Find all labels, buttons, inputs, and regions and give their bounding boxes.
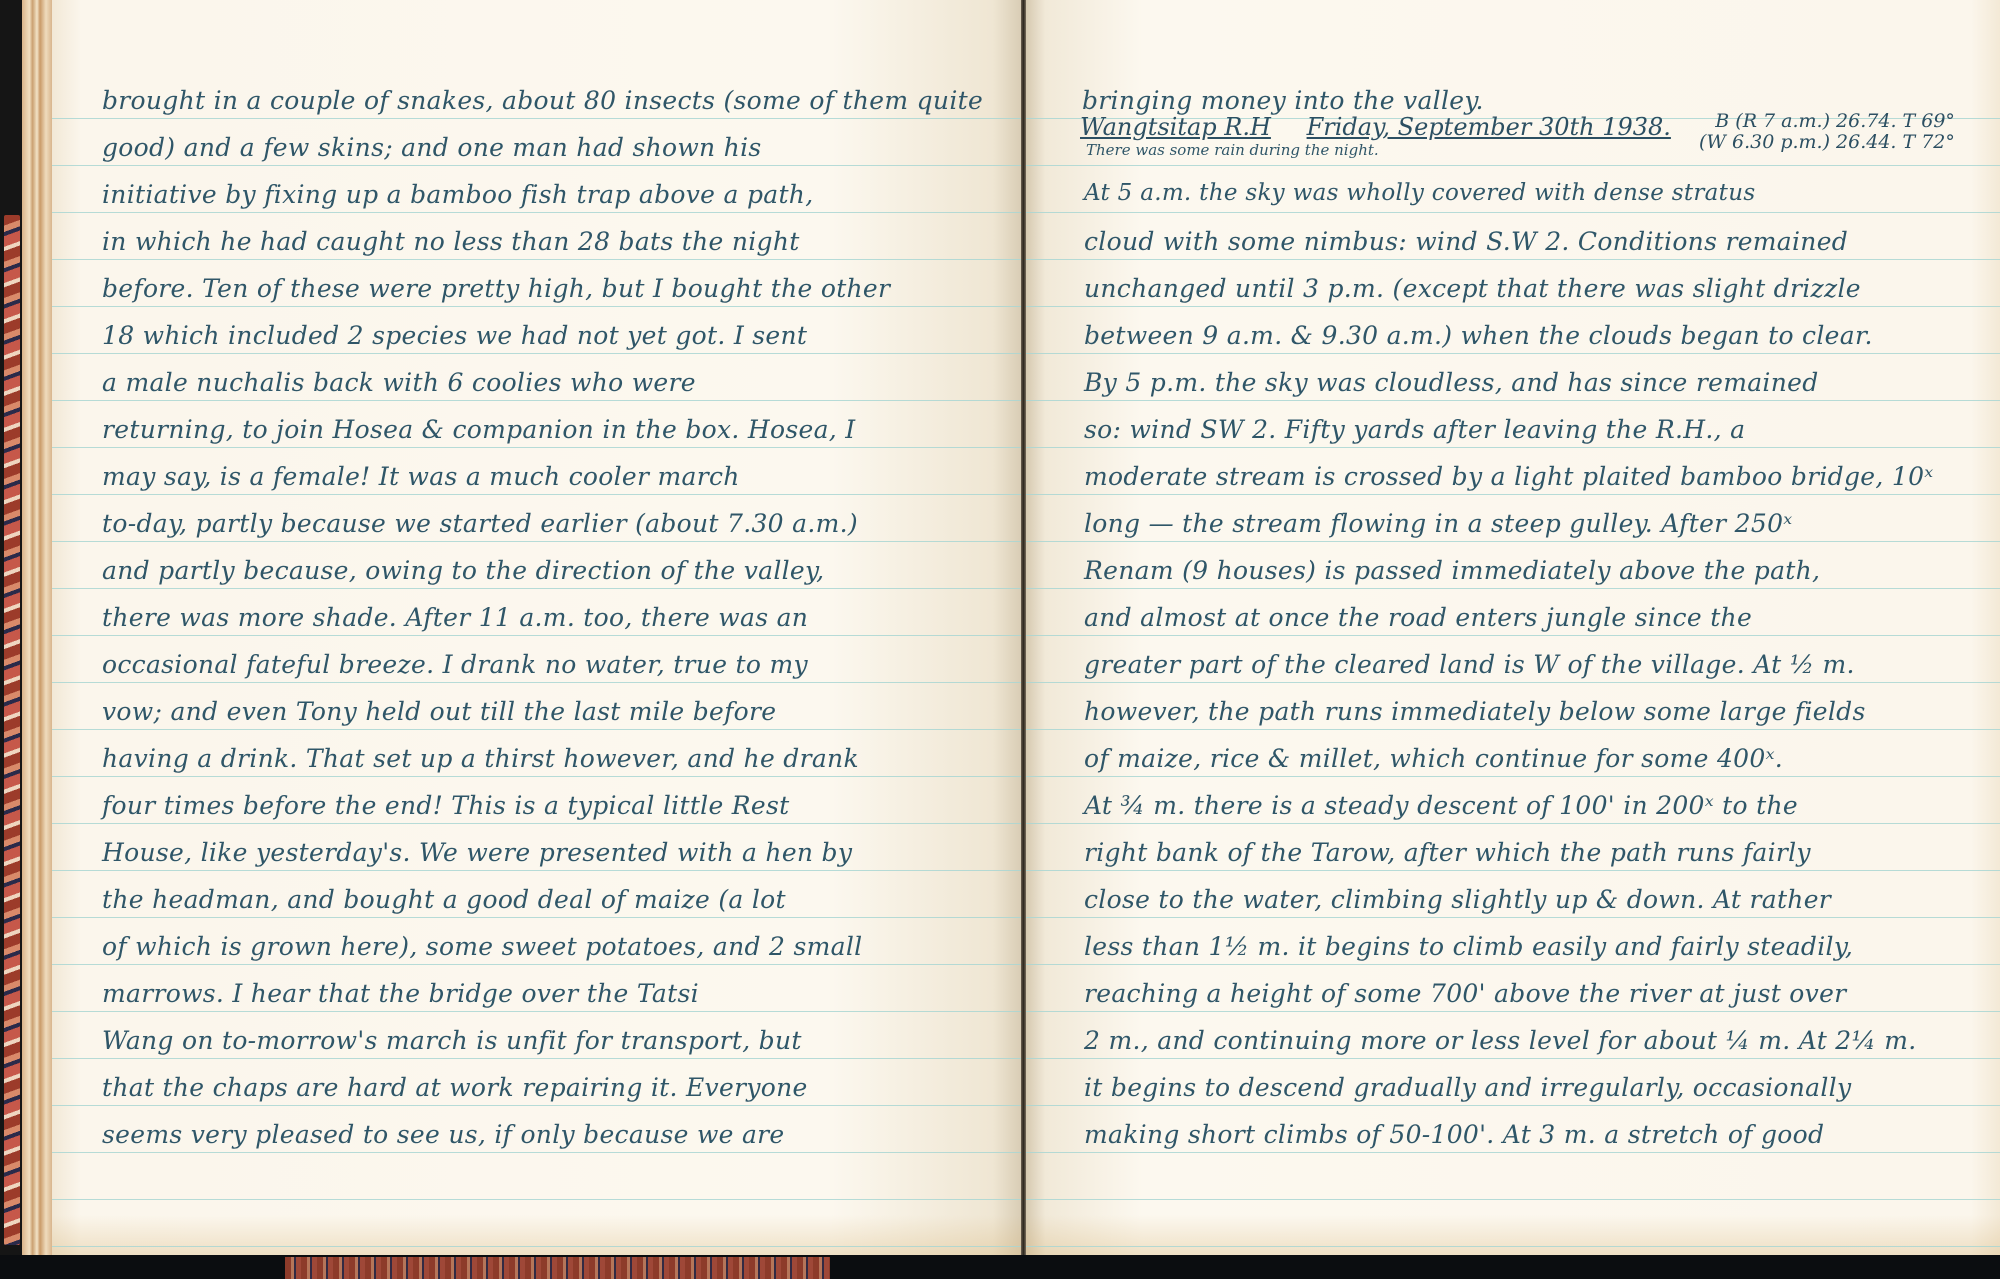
text-line: long — the stream flowing in a steep gul…: [1084, 509, 1792, 538]
text-line: the headman, and bought a good deal of m…: [102, 885, 786, 914]
text-line: By 5 p.m. the sky was cloudless, and has…: [1084, 368, 1819, 397]
ruled-line: [52, 635, 1022, 636]
text-line: Renam (9 houses) is passed immediately a…: [1084, 556, 1820, 585]
ruled-line: [1026, 823, 2000, 824]
ruled-line: [1026, 494, 2000, 495]
entry-date: Friday, September 30th 1938.: [1307, 113, 1671, 141]
text-line: cloud with some nimbus: wind S.W 2. Cond…: [1084, 227, 1848, 256]
ruled-line: [1026, 964, 2000, 965]
ruled-line: [1026, 635, 2000, 636]
text-line: initiative by fixing up a bamboo fish tr…: [102, 180, 813, 209]
ruled-line: [52, 682, 1022, 683]
left-page: brought in a couple of snakes, about 80 …: [52, 0, 1022, 1255]
ruled-line: [52, 1199, 1022, 1200]
ruled-line: [52, 400, 1022, 401]
text-line: that the chaps are hard at work repairin…: [102, 1073, 808, 1102]
text-line: there was more shade. After 11 a.m. too,…: [102, 603, 808, 632]
text-line: it begins to descend gradually and irreg…: [1084, 1073, 1851, 1102]
ruled-line: [52, 823, 1022, 824]
ruled-line: [52, 353, 1022, 354]
ruled-line: [52, 1152, 1022, 1153]
barometer-morning: B (R 7 a.m.) 26.74. T 69°: [1699, 111, 1955, 132]
text-line: of which is grown here), some sweet pota…: [102, 932, 862, 961]
ruled-line: [52, 165, 1022, 166]
ruled-line: [1026, 1152, 2000, 1153]
ruled-line: [52, 964, 1022, 965]
ruled-line: [52, 917, 1022, 918]
text-line: close to the water, climbing slightly up…: [1084, 885, 1831, 914]
ruled-line: [1026, 917, 2000, 918]
entry-subnote: There was some rain during the night.: [1086, 141, 1379, 159]
text-line: less than 1½ m. it begins to climb easil…: [1084, 932, 1853, 961]
ruled-line: [1026, 212, 2000, 213]
ruled-line: [1026, 588, 2000, 589]
text-line: Wang on to-morrow's march is unfit for t…: [102, 1026, 802, 1055]
text-line: four times before the end! This is a typ…: [102, 791, 790, 820]
text-line: so: wind SW 2. Fifty yards after leaving…: [1084, 415, 1745, 444]
text-line: having a drink. That set up a thirst how…: [102, 744, 859, 773]
ruled-line: [1026, 1105, 2000, 1106]
text-line: House, like yesterday's. We were present…: [102, 838, 852, 867]
ruled-line: [1026, 1246, 2000, 1247]
ruled-line: [1026, 353, 2000, 354]
ruled-line: [1026, 682, 2000, 683]
entry-heading: Wangtsitap R.H Friday, September 30th 19…: [1080, 113, 1671, 141]
text-line: returning, to join Hosea & companion in …: [102, 415, 855, 444]
ruled-line: [1026, 1058, 2000, 1059]
diary-spread: brought in a couple of snakes, about 80 …: [0, 0, 2000, 1279]
text-line: greater part of the cleared land is W of…: [1084, 650, 1855, 679]
text-line: and almost at once the road enters jungl…: [1084, 603, 1752, 632]
ruled-line: [52, 118, 1022, 119]
text-line: and partly because, owing to the directi…: [102, 556, 824, 585]
text-line: 2 m., and continuing more or less level …: [1084, 1026, 1917, 1055]
text-line: good) and a few skins; and one man had s…: [102, 133, 762, 162]
entry-place: Wangtsitap R.H: [1080, 113, 1271, 141]
ruled-line: [1026, 447, 2000, 448]
ruled-line: [1026, 306, 2000, 307]
ruled-line: [52, 729, 1022, 730]
page-stack: [22, 0, 52, 1255]
text-line: At 5 a.m. the sky was wholly covered wit…: [1084, 180, 1755, 206]
foxing-stain: [1026, 1215, 2000, 1255]
ruled-line: [52, 870, 1022, 871]
text-line: making short climbs of 50-100'. At 3 m. …: [1084, 1120, 1824, 1149]
ruled-line: [52, 494, 1022, 495]
text-line: of maize, rice & millet, which continue …: [1084, 744, 1783, 773]
right-page: bringing money into the valley. Wangtsit…: [1026, 0, 2000, 1255]
text-line: seems very pleased to see us, if only be…: [102, 1120, 785, 1149]
text-line: At ¾ m. there is a steady descent of 100…: [1084, 791, 1798, 820]
text-line: vow; and even Tony held out till the las…: [102, 697, 776, 726]
ruled-line: [52, 541, 1022, 542]
text-line: however, the path runs immediately below…: [1084, 697, 1866, 726]
ruled-line: [1026, 870, 2000, 871]
ruled-line: [52, 1246, 1022, 1247]
text-line: unchanged until 3 p.m. (except that ther…: [1084, 274, 1861, 303]
text-line: right bank of the Tarow, after which the…: [1084, 838, 1811, 867]
text-line: moderate stream is crossed by a light pl…: [1084, 462, 1933, 491]
ruled-line: [1026, 165, 2000, 166]
text-line: reaching a height of some 700' above the…: [1084, 979, 1846, 1008]
text-line: to-day, partly because we started earlie…: [102, 509, 858, 538]
text-line: between 9 a.m. & 9.30 a.m.) when the clo…: [1084, 321, 1873, 350]
ruled-line: [1026, 776, 2000, 777]
ruled-line: [1026, 259, 2000, 260]
ruled-line: [52, 306, 1022, 307]
foxing-stain: [52, 1215, 1022, 1255]
ruled-line: [1026, 1011, 2000, 1012]
ruled-line: [52, 259, 1022, 260]
text-line: before. Ten of these were pretty high, b…: [102, 274, 890, 303]
text-line: marrows. I hear that the bridge over the…: [102, 979, 699, 1008]
ruled-line: [52, 1105, 1022, 1106]
text-line: 18 which included 2 species we had not y…: [102, 321, 807, 350]
ruled-line: [52, 588, 1022, 589]
text-line: bringing money into the valley.: [1082, 86, 1484, 115]
text-line: in which he had caught no less than 28 b…: [102, 227, 800, 256]
marbled-page-edge: [4, 215, 20, 1245]
barometer-evening: (W 6.30 p.m.) 26.44. T 72°: [1699, 132, 1955, 153]
ruled-line: [52, 447, 1022, 448]
text-line-content: a male nuchalis back with 6 coolies who …: [102, 368, 696, 397]
ruled-line: [52, 1011, 1022, 1012]
ruled-line: [1026, 400, 2000, 401]
text-line: a male nuchalis back with 6 coolies who …: [102, 368, 696, 397]
ruled-line: [1026, 541, 2000, 542]
text-line: brought in a couple of snakes, about 80 …: [102, 86, 983, 115]
ruled-line: [1026, 729, 2000, 730]
ruled-line: [52, 1058, 1022, 1059]
marbled-bottom-edge: [285, 1257, 830, 1279]
text-line: occasional fateful breeze. I drank no wa…: [102, 650, 808, 679]
ruled-line: [1026, 1199, 2000, 1200]
barometer-readings: B (R 7 a.m.) 26.74. T 69° (W 6.30 p.m.) …: [1699, 111, 1955, 153]
ruled-line: [52, 212, 1022, 213]
ruled-line: [52, 776, 1022, 777]
text-line: may say, is a female! It was a much cool…: [102, 462, 740, 491]
